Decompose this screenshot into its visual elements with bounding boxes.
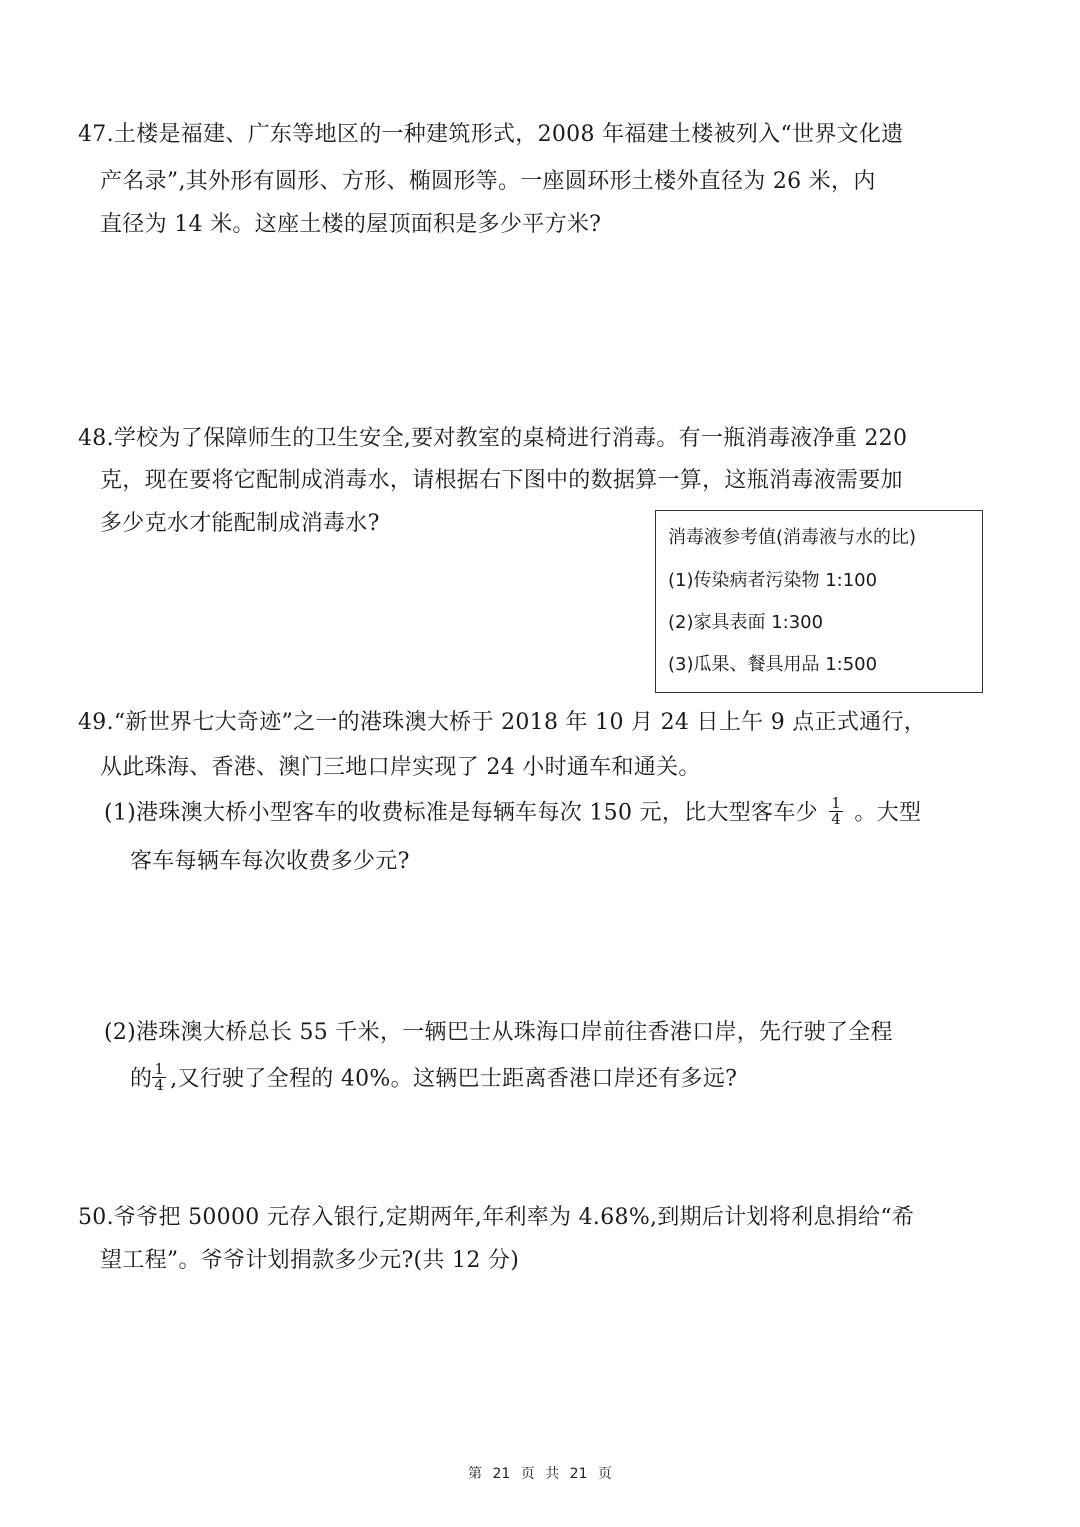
q49-part1-text-after: 。大型	[854, 801, 921, 826]
q48-line-1: 48.学校为了保障师生的卫生安全,要对教室的桌椅进行消毒。有一瓶消毒液净重 22…	[78, 424, 907, 454]
reference-box-title: 消毒液参考值(消毒液与水的比)	[668, 523, 916, 549]
q47-line-2: 产名录”,其外形有圆形、方形、椭圆形等。一座圆环形土楼外直径为 26 米，内	[100, 167, 876, 197]
reference-item-3: (3)瓜果、餐具用品 1:500	[668, 650, 877, 676]
q49-part1-text-before: (1)港珠澳大桥小型客车的收费标准是每辆车每次 150 元，比大型客车少	[104, 801, 818, 826]
q49-part2-line-2: 的 1 4 ,又行驶了全程的 40%。这辆巴士距离香港口岸还有多远?	[130, 1064, 737, 1095]
reference-item-1: (1)传染病者污染物 1:100	[668, 566, 877, 592]
q47-line-3: 直径为 14 米。这座土楼的屋顶面积是多少平方米?	[100, 210, 601, 240]
page-number: 第 21 页 共 21 页	[0, 1463, 1080, 1483]
q49-part2-text-after: ,又行驶了全程的 40%。这辆巴士距离香港口岸还有多远?	[170, 1067, 737, 1092]
q49-part1-line-2: 客车每辆车每次收费多少元?	[130, 847, 410, 877]
q49-line-1: 49.“新世界七大奇迹”之一的港珠澳大桥于 2018 年 10 月 24 日上午…	[78, 708, 926, 738]
q48-line-3: 多少克水才能配制成消毒水?	[100, 509, 380, 539]
q49-part2-line-1: (2)港珠澳大桥总长 55 千米，一辆巴士从珠海口岸前往香港口岸，先行驶了全程	[104, 1018, 893, 1048]
fraction-one-quarter: 1 4	[152, 1062, 166, 1093]
q49-line-2: 从此珠海、香港、澳门三地口岸实现了 24 小时通车和通关。	[100, 753, 701, 783]
q48-line-2: 克，现在要将它配制成消毒水，请根据右下图中的数据算一算，这瓶消毒液需要加	[100, 466, 903, 496]
q50-line-2: 望工程”。爷爷计划捐款多少元?(共 12 分)	[100, 1246, 519, 1276]
fraction-one-quarter: 1 4	[829, 796, 843, 827]
q47-line-1: 47.土楼是福建、广东等地区的一种建筑形式，2008 年福建土楼被列入“世界文化…	[78, 120, 904, 150]
q49-part1-line-1: (1)港珠澳大桥小型客车的收费标准是每辆车每次 150 元，比大型客车少 1 4…	[104, 798, 921, 829]
q50-line-1: 50.爷爷把 50000 元存入银行,定期两年,年利率为 4.68%,到期后计划…	[78, 1203, 914, 1233]
reference-item-2: (2)家具表面 1:300	[668, 608, 823, 634]
disinfectant-reference-box: 消毒液参考值(消毒液与水的比) (1)传染病者污染物 1:100 (2)家具表面…	[655, 510, 983, 693]
q49-part2-text-before: 的	[130, 1067, 152, 1092]
